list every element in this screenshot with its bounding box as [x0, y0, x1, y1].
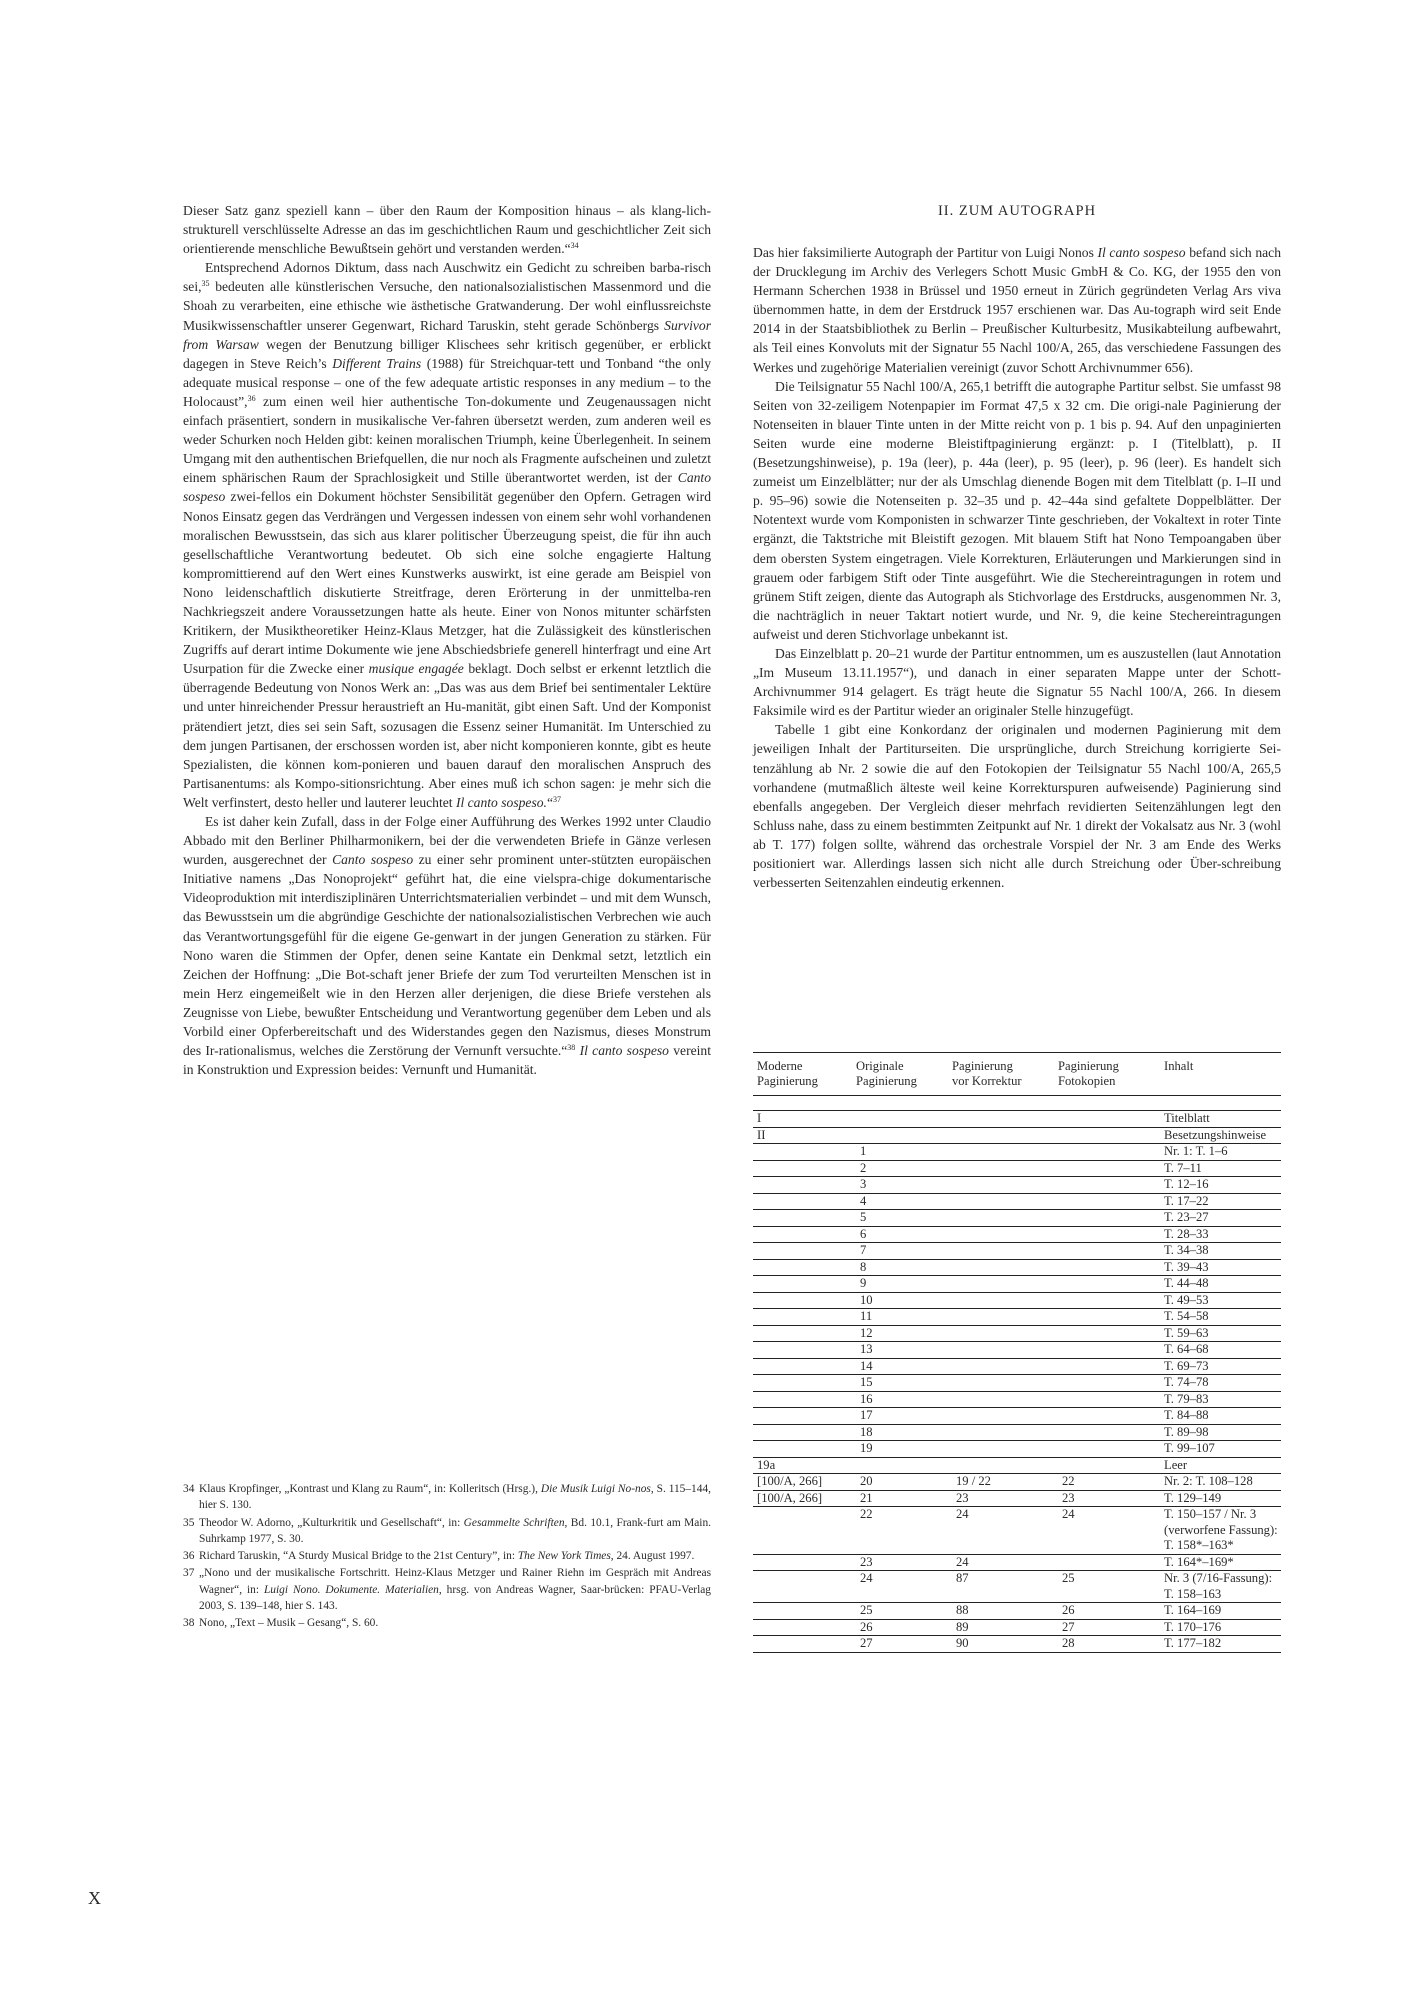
table-cell: T. 150–157 / Nr. 3 (verworfene Fassung):… — [1160, 1507, 1281, 1555]
table-cell — [1054, 1276, 1160, 1293]
table-cell: 23 — [852, 1554, 948, 1571]
table-cell — [753, 1193, 852, 1210]
table-cell: T. 69–73 — [1160, 1358, 1281, 1375]
table-cell: 89 — [948, 1619, 1054, 1636]
footnote: 36Richard Taruskin, “A Sturdy Musical Br… — [183, 1548, 711, 1564]
table-cell: 15 — [852, 1375, 948, 1392]
table-row: 8T. 39–43 — [753, 1259, 1281, 1276]
table-cell: 90 — [948, 1636, 1054, 1653]
italic-title: Die Musik Luigi No-nos — [541, 1483, 651, 1495]
table-row: 13T. 64–68 — [753, 1342, 1281, 1359]
table-cell: T. 99–107 — [1160, 1441, 1281, 1458]
table-cell: Nr. 1: T. 1–6 — [1160, 1144, 1281, 1161]
table-cell — [753, 1226, 852, 1243]
table-cell — [1054, 1259, 1160, 1276]
table-cell: T. 28–33 — [1160, 1226, 1281, 1243]
footnote-ref: 38 — [567, 1043, 575, 1052]
column-header: Inhalt — [1160, 1053, 1281, 1096]
table-row: 1Nr. 1: T. 1–6 — [753, 1144, 1281, 1161]
table-cell: T. 79–83 — [1160, 1391, 1281, 1408]
table-cell: 24 — [948, 1507, 1054, 1555]
paragraph: Tabelle 1 gibt eine Konkordanz der origi… — [753, 720, 1281, 892]
table-row: 4T. 17–22 — [753, 1193, 1281, 1210]
table-cell — [753, 1391, 852, 1408]
italic-title: Canto sospeso — [332, 852, 413, 867]
table-cell: 21 — [852, 1490, 948, 1507]
table-cell: 28 — [1054, 1636, 1160, 1653]
table-row: 11T. 54–58 — [753, 1309, 1281, 1326]
table-cell — [753, 1441, 852, 1458]
table-cell — [753, 1177, 852, 1194]
table-cell — [1054, 1424, 1160, 1441]
footnote-ref: 36 — [248, 394, 256, 403]
footnote: 38Nono, „Text – Musik – Gesang“, S. 60. — [183, 1615, 711, 1631]
table-cell — [948, 1259, 1054, 1276]
table-cell — [948, 1160, 1054, 1177]
table-cell: T. 164*–169* — [1160, 1554, 1281, 1571]
table-cell: 18 — [852, 1424, 948, 1441]
footnote: 35Theodor W. Adorno, „Kulturkritik und G… — [183, 1515, 711, 1548]
table-row: 3T. 12–16 — [753, 1177, 1281, 1194]
table-cell — [753, 1144, 852, 1161]
table-cell — [948, 1342, 1054, 1359]
table-cell — [753, 1276, 852, 1293]
table-cell: 10 — [852, 1292, 948, 1309]
footnote-text: Theodor W. Adorno, „Kulturkritik und Ges… — [199, 1515, 711, 1548]
table-cell: T. 54–58 — [1160, 1309, 1281, 1326]
table-cell — [1054, 1292, 1160, 1309]
table-cell: 26 — [1054, 1603, 1160, 1620]
table-cell: 5 — [852, 1210, 948, 1227]
table-cell — [1054, 1325, 1160, 1342]
paragraph: Das Einzelblatt p. 20–21 wurde der Parti… — [753, 644, 1281, 720]
table-cell — [753, 1259, 852, 1276]
table-cell — [753, 1160, 852, 1177]
italic-title: Canto sospeso — [183, 470, 711, 504]
table-cell — [753, 1292, 852, 1309]
table-cell — [753, 1375, 852, 1392]
table-cell: T. 23–27 — [1160, 1210, 1281, 1227]
table-row: 17T. 84–88 — [753, 1408, 1281, 1425]
table-cell: II — [753, 1127, 852, 1144]
right-paragraphs: Das hier faksimilierte Autograph der Par… — [753, 243, 1281, 892]
table-row: 9T. 44–48 — [753, 1276, 1281, 1293]
footnote-number: 35 — [183, 1515, 199, 1548]
table-cell — [948, 1127, 1054, 1144]
italic-title: Il canto sospeso. — [456, 795, 547, 810]
table-cell — [1054, 1127, 1160, 1144]
table-cell — [948, 1226, 1054, 1243]
italic-title: Il canto sospeso — [580, 1043, 669, 1058]
table-cell — [753, 1325, 852, 1342]
table-cell: 87 — [948, 1571, 1054, 1603]
table-cell: 8 — [852, 1259, 948, 1276]
table-cell: 23 — [948, 1490, 1054, 1507]
table-cell: Titelblatt — [1160, 1111, 1281, 1128]
footnote: 34Klaus Kropfinger, „Kontrast und Klang … — [183, 1481, 711, 1514]
table-cell: I — [753, 1111, 852, 1128]
table-cell: T. 74–78 — [1160, 1375, 1281, 1392]
table-row: 6T. 28–33 — [753, 1226, 1281, 1243]
table-cell — [1054, 1391, 1160, 1408]
table-cell — [753, 1210, 852, 1227]
table-cell: 19 / 22 — [948, 1474, 1054, 1491]
table-cell — [948, 1276, 1054, 1293]
table-cell — [753, 1619, 852, 1636]
column-header: PaginierungFotokopien — [1054, 1053, 1160, 1096]
column-header: ModernePaginierung — [753, 1053, 852, 1096]
table-cell: T. 59–63 — [1160, 1325, 1281, 1342]
italic-title: Il canto sospeso — [1098, 245, 1186, 260]
table-cell — [1054, 1210, 1160, 1227]
table-row: 268927T. 170–176 — [753, 1619, 1281, 1636]
table-cell — [1054, 1160, 1160, 1177]
table-cell: [100/A, 266] — [753, 1490, 852, 1507]
table-cell — [948, 1391, 1054, 1408]
table-cell: 20 — [852, 1474, 948, 1491]
page-number: X — [88, 1888, 101, 1909]
table-cell — [753, 1243, 852, 1260]
table-cell: Nr. 2: T. 108–128 — [1160, 1474, 1281, 1491]
table-cell: 22 — [1054, 1474, 1160, 1491]
footnote-number: 36 — [183, 1548, 199, 1564]
table-cell — [1054, 1177, 1160, 1194]
footnote-ref: 35 — [202, 279, 210, 288]
table-row: 5T. 23–27 — [753, 1210, 1281, 1227]
table-cell — [948, 1177, 1054, 1194]
table-cell: 24 — [948, 1554, 1054, 1571]
table-cell — [948, 1408, 1054, 1425]
table-row: [100/A, 266]2019 / 2222Nr. 2: T. 108–128 — [753, 1474, 1281, 1491]
italic-title: musique engagée — [369, 661, 464, 676]
column-header: Paginierungvor Korrektur — [948, 1053, 1054, 1096]
table-cell: T. 7–11 — [1160, 1160, 1281, 1177]
footnote-text: Nono, „Text – Musik – Gesang“, S. 60. — [199, 1615, 711, 1631]
table-cell: [100/A, 266] — [753, 1474, 852, 1491]
table-cell — [948, 1243, 1054, 1260]
table-header-row: ModernePaginierungOriginalePaginierungPa… — [753, 1053, 1281, 1096]
footnote-ref: 34 — [571, 241, 579, 250]
table-cell — [1054, 1441, 1160, 1458]
table-cell: 23 — [1054, 1490, 1160, 1507]
column-header: OriginalePaginierung — [852, 1053, 948, 1096]
table-cell: T. 170–176 — [1160, 1619, 1281, 1636]
table-cell — [948, 1292, 1054, 1309]
table-body: ITitelblattIIBesetzungshinweise1Nr. 1: T… — [753, 1111, 1281, 1653]
table-row: 12T. 59–63 — [753, 1325, 1281, 1342]
table-cell — [948, 1441, 1054, 1458]
table-cell — [753, 1342, 852, 1359]
right-column-body-text: II. ZUM AUTOGRAPH Das hier faksimilierte… — [753, 201, 1281, 892]
table-cell: T. 39–43 — [1160, 1259, 1281, 1276]
table-row: 14T. 69–73 — [753, 1358, 1281, 1375]
table-cell — [852, 1457, 948, 1474]
table-cell: 25 — [1054, 1571, 1160, 1603]
table-cell — [948, 1193, 1054, 1210]
italic-title: Gesammelte Schriften — [464, 1517, 565, 1529]
table-cell — [948, 1210, 1054, 1227]
table-cell: T. 49–53 — [1160, 1292, 1281, 1309]
table-cell — [753, 1554, 852, 1571]
table-cell — [1054, 1193, 1160, 1210]
table-cell — [948, 1424, 1054, 1441]
table-cell: 9 — [852, 1276, 948, 1293]
footnote-text: „Nono und der musikalische Fortschritt. … — [199, 1565, 711, 1614]
italic-title: Luigi Nono. Dokumente. Materialien — [264, 1584, 439, 1596]
table-row: 19aLeer — [753, 1457, 1281, 1474]
table-cell — [1054, 1243, 1160, 1260]
footnote-number: 37 — [183, 1565, 199, 1614]
table-cell — [753, 1309, 852, 1326]
table-cell: T. 44–48 — [1160, 1276, 1281, 1293]
table-cell — [948, 1111, 1054, 1128]
table-row: IIBesetzungshinweise — [753, 1127, 1281, 1144]
table-cell — [753, 1408, 852, 1425]
table-cell: Besetzungshinweise — [1160, 1127, 1281, 1144]
table-cell: 2 — [852, 1160, 948, 1177]
table-cell — [1054, 1457, 1160, 1474]
table-row: 248725Nr. 3 (7/16-Fassung): T. 158–163 — [753, 1571, 1281, 1603]
table-cell: 16 — [852, 1391, 948, 1408]
table-row: [100/A, 266]212323T. 129–149 — [753, 1490, 1281, 1507]
table-row: ITitelblatt — [753, 1111, 1281, 1128]
table-cell: 19 — [852, 1441, 948, 1458]
table-cell — [1054, 1226, 1160, 1243]
table-cell — [948, 1375, 1054, 1392]
footnote-number: 34 — [183, 1481, 199, 1514]
table-row: 18T. 89–98 — [753, 1424, 1281, 1441]
paragraph: Das hier faksimilierte Autograph der Par… — [753, 243, 1281, 377]
table-cell: 7 — [852, 1243, 948, 1260]
footnote-text: Klaus Kropfinger, „Kontrast und Klang zu… — [199, 1481, 711, 1514]
table-cell: 26 — [852, 1619, 948, 1636]
table-cell: 24 — [1054, 1507, 1160, 1555]
footnote-text: Richard Taruskin, “A Sturdy Musical Brid… — [199, 1548, 711, 1564]
table-cell: 13 — [852, 1342, 948, 1359]
paragraph: Es ist daher kein Zufall, dass in der Fo… — [183, 812, 711, 1079]
table-cell: T. 12–16 — [1160, 1177, 1281, 1194]
table-row: 279028T. 177–182 — [753, 1636, 1281, 1653]
table-row: 19T. 99–107 — [753, 1441, 1281, 1458]
table-cell: 14 — [852, 1358, 948, 1375]
table-cell: 27 — [1054, 1619, 1160, 1636]
table-cell — [753, 1424, 852, 1441]
paragraph: Die Teilsignatur 55 Nachl 100/A, 265,1 b… — [753, 377, 1281, 644]
footnotes: 34Klaus Kropfinger, „Kontrast und Klang … — [183, 1481, 711, 1633]
paragraph: Dieser Satz ganz speziell kann – über de… — [183, 201, 711, 258]
table-cell — [753, 1507, 852, 1555]
table-cell — [1054, 1342, 1160, 1359]
table-row: 16T. 79–83 — [753, 1391, 1281, 1408]
table-row: 15T. 74–78 — [753, 1375, 1281, 1392]
table-cell — [1054, 1358, 1160, 1375]
table-cell: 19a — [753, 1457, 852, 1474]
table-row: 2324T. 164*–169* — [753, 1554, 1281, 1571]
table-cell — [852, 1111, 948, 1128]
table-cell: T. 84–88 — [1160, 1408, 1281, 1425]
table-cell — [1054, 1375, 1160, 1392]
table-cell — [753, 1571, 852, 1603]
table-cell — [1054, 1408, 1160, 1425]
table-cell: T. 89–98 — [1160, 1424, 1281, 1441]
table-cell: 3 — [852, 1177, 948, 1194]
table-cell: 1 — [852, 1144, 948, 1161]
italic-title: Survivor from Warsaw — [183, 318, 711, 352]
table-cell — [1054, 1144, 1160, 1161]
table-cell — [753, 1636, 852, 1653]
table-cell: T. 164–169 — [1160, 1603, 1281, 1620]
table-cell: 17 — [852, 1408, 948, 1425]
table-cell — [1054, 1309, 1160, 1326]
table-cell: T. 64–68 — [1160, 1342, 1281, 1359]
table-cell: T. 17–22 — [1160, 1193, 1281, 1210]
table-cell: Nr. 3 (7/16-Fassung): T. 158–163 — [1160, 1571, 1281, 1603]
table-cell: 27 — [852, 1636, 948, 1653]
italic-title: The New York Times — [518, 1550, 611, 1562]
table-row: 7T. 34–38 — [753, 1243, 1281, 1260]
footnote-ref: 37 — [553, 795, 561, 804]
table-cell: 88 — [948, 1603, 1054, 1620]
table-cell — [1054, 1554, 1160, 1571]
table-cell: 24 — [852, 1571, 948, 1603]
pagination-concordance-table: ModernePaginierungOriginalePaginierungPa… — [753, 1052, 1281, 1653]
table-cell: 25 — [852, 1603, 948, 1620]
table-cell — [948, 1144, 1054, 1161]
table-cell — [948, 1358, 1054, 1375]
table-row: 10T. 49–53 — [753, 1292, 1281, 1309]
footnote: 37„Nono und der musikalische Fortschritt… — [183, 1565, 711, 1614]
left-column-body-text: Dieser Satz ganz speziell kann – über de… — [183, 201, 711, 1079]
table-cell — [852, 1127, 948, 1144]
table-cell: 12 — [852, 1325, 948, 1342]
section-title: II. ZUM AUTOGRAPH — [753, 201, 1281, 221]
table-cell — [948, 1325, 1054, 1342]
table-cell: 11 — [852, 1309, 948, 1326]
table-row: 222424T. 150–157 / Nr. 3 (verworfene Fas… — [753, 1507, 1281, 1555]
paragraph: Entsprechend Adornos Diktum, dass nach A… — [183, 258, 711, 812]
table-row: 258826T. 164–169 — [753, 1603, 1281, 1620]
table-cell: T. 34–38 — [1160, 1243, 1281, 1260]
table-cell: T. 177–182 — [1160, 1636, 1281, 1653]
footnote-number: 38 — [183, 1615, 199, 1631]
table-cell — [753, 1358, 852, 1375]
italic-title: Different Trains — [332, 356, 421, 371]
table-cell — [948, 1457, 1054, 1474]
table-cell: T. 129–149 — [1160, 1490, 1281, 1507]
table-cell — [753, 1603, 852, 1620]
table-row: 2T. 7–11 — [753, 1160, 1281, 1177]
table-cell — [948, 1309, 1054, 1326]
table-cell: 4 — [852, 1193, 948, 1210]
table-cell: 22 — [852, 1507, 948, 1555]
table-cell: 6 — [852, 1226, 948, 1243]
table-cell: Leer — [1160, 1457, 1281, 1474]
table-cell — [1054, 1111, 1160, 1128]
